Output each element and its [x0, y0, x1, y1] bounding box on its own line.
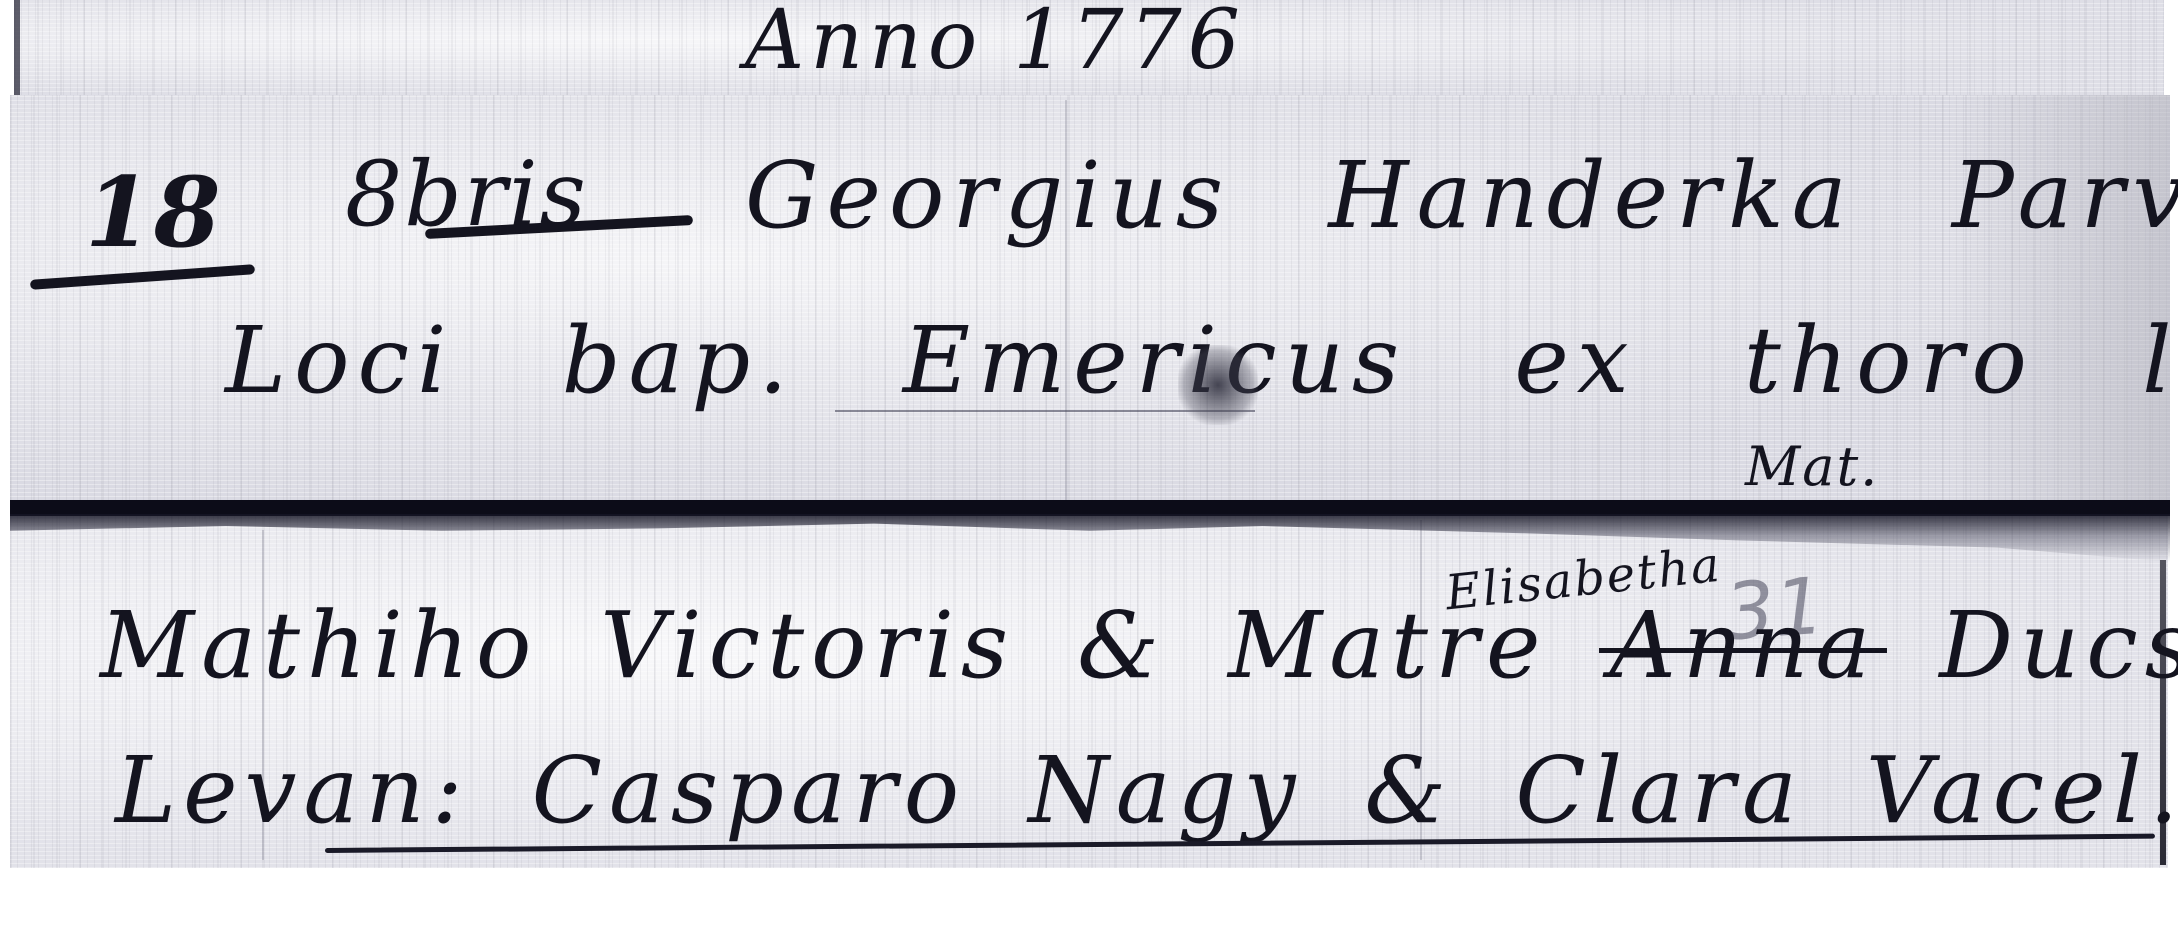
word-levan: Levan: [115, 737, 470, 844]
father-name-ablative: Mathiho [100, 592, 538, 699]
entry-line-3: MathihoVictoris&MatreAnnaDucsinsk [100, 600, 2178, 692]
godmother-name: Clara [1515, 737, 1804, 844]
scanned-register-page: Anno1776 18 8bris Georgius Handerka Parv… [0, 0, 2178, 933]
godfather-name: Casparo [532, 737, 967, 844]
anno-label: Anno [745, 0, 983, 88]
page-left-edge [14, 0, 20, 95]
separator-rule [10, 500, 2170, 516]
year: 1776 [1013, 0, 1246, 88]
marginal-annotation: Mat. [1745, 440, 1879, 494]
word-bap: bap. [562, 307, 796, 414]
father-surname: Handerka [1328, 142, 1854, 249]
godfather-surname: Nagy [1028, 737, 1302, 844]
entry-line-1: Georgius Handerka Parv: [745, 150, 2178, 242]
struck-mother-name: Anna [1609, 592, 1877, 699]
word-matre: Matre [1228, 592, 1547, 699]
father-surname-genitive: Victoris [600, 592, 1015, 699]
word-thoro: thoro [1744, 307, 2035, 414]
father-given-name: Georgius [745, 142, 1231, 249]
godmother-surname: Vacel. [1866, 737, 2178, 844]
word-loci: Loci [225, 307, 454, 414]
mother-surname: Ducsinsk [1939, 592, 2178, 699]
word-legitimo: legitimo [2142, 307, 2178, 414]
child-name: Emericus [903, 307, 1407, 414]
line1-end-word: Parv: [1952, 142, 2178, 249]
ampersand: & [1364, 737, 1453, 844]
register-heading: Anno1776 [745, 0, 1246, 82]
ink-blot [1178, 345, 1258, 425]
entry-date-day: 18 [85, 165, 223, 261]
ampersand: & [1077, 592, 1166, 699]
entry-line-4: Levan:CasparoNagy&ClaraVacel. [115, 745, 2178, 837]
word-ex: ex [1514, 307, 1636, 414]
